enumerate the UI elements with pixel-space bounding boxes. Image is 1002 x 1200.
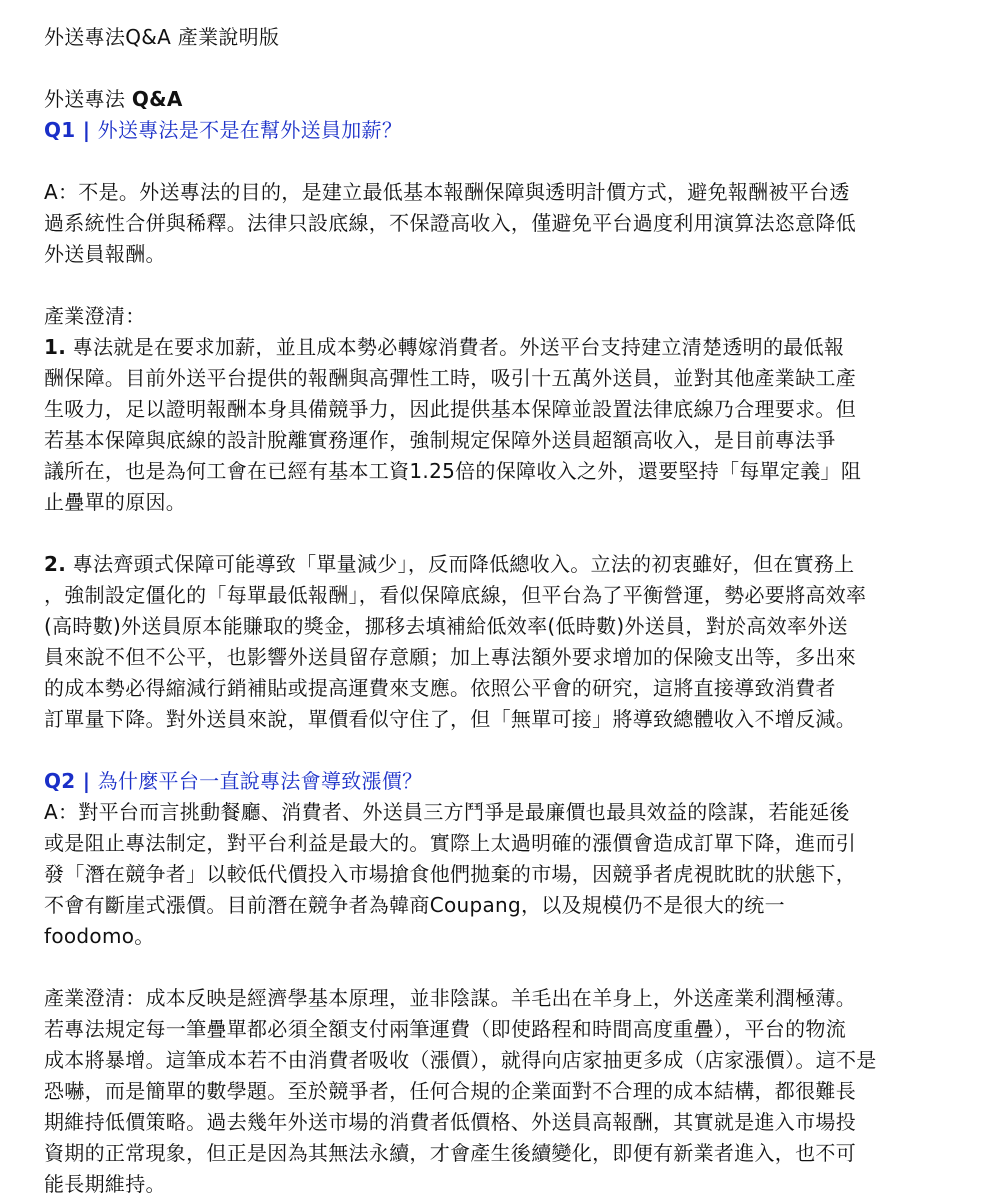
point1-text: 專法就是在要求加薪，並且成本勢必轉嫁消費者。外送平台支持建立清楚透明的最低報 [66, 335, 844, 359]
q2-question-text: 為什麼平台一直說專法會導致漲價？ [98, 769, 423, 793]
q1-label: Q1 | [44, 118, 98, 142]
q1-point-2: 2. 專法齊頭式保障可能導致「單量減少」，反而降低總收入。立法的初衷雖好，但在實… [44, 549, 958, 735]
document-title: 外送專法Q&A 產業說明版 [44, 22, 958, 53]
q1-question: Q1 | 外送專法是不是在幫外送員加薪？ [44, 115, 958, 146]
point1-number: 1. [44, 335, 66, 359]
q2-clarification-line: 恐嚇，而是簡單的數學題。至於競爭者，任何合規的企業面對不合理的成本結構，都很難長 [44, 1076, 958, 1107]
heading-prefix: 外送專法 [44, 87, 132, 111]
q2-answer-line: 或是阻止專法制定，對平台利益是最大的。實際上太過明確的漲價會造成訂單下降，進而引 [44, 828, 958, 859]
q1-point-1: 1. 專法就是在要求加薪，並且成本勢必轉嫁消費者。外送平台支持建立清楚透明的最低… [44, 332, 958, 518]
q1-question-text: 外送專法是不是在幫外送員加薪？ [98, 118, 403, 142]
heading-bold: Q&A [132, 87, 183, 111]
q2-clarification-line: 產業澄清：成本反映是經濟學基本原理，並非陰謀。羊毛出在羊身上，外送產業利潤極薄。 [44, 983, 958, 1014]
spacer [44, 952, 958, 983]
q1-point2-line: 2. 專法齊頭式保障可能導致「單量減少」，反而降低總收入。立法的初衷雖好，但在實… [44, 549, 958, 580]
q1-point1-line: 生吸力，足以證明報酬本身具備競爭力，因此提供基本保障並設置法律底線乃合理要求。但 [44, 394, 958, 425]
q1-point1-line: 止疊單的原因。 [44, 487, 958, 518]
q1-point2-line: 員來說不但不公平，也影響外送員留存意願；加上專法額外要求增加的保險支出等，多出來 [44, 642, 958, 673]
q2-clarification-line: 資期的正常現象，但正是因為其無法永續，才會產生後續變化，即便有新業者進入，也不可 [44, 1138, 958, 1169]
q2-question: Q2 | 為什麼平台一直說專法會導致漲價？ [44, 766, 958, 797]
q2-answer-line: 發「潛在競争者」以較低代價投入市場搶食他們拋棄的市場，因競爭者虎視眈眈的狀態下， [44, 859, 958, 890]
q2-clarification-line: 期維持低價策略。過去幾年外送市場的消費者低價格、外送員高報酬，其實就是進入市場投 [44, 1107, 958, 1138]
q1-point1-line: 若基本保障與底線的設計脫離實務運作，強制規定保障外送員超額高收入，是目前專法爭 [44, 425, 958, 456]
q1-point1-line: 酬保障。目前外送平台提供的報酬與高彈性工時，吸引十五萬外送員，並對其他產業缺工產 [44, 363, 958, 394]
spacer [44, 53, 958, 84]
q2-clarification: 產業澄清：成本反映是經濟學基本原理，並非陰謀。羊毛出在羊身上，外送產業利潤極薄。… [44, 983, 958, 1200]
q1-point2-line: 的成本勢必得縮減行銷補貼或提高運費來支應。依照公平會的研究，這將直接導致消費者 [44, 673, 958, 704]
q1-answer-line: A：不是。外送專法的目的，是建立最低基本報酬保障與透明計價方式，避免報酬被平台透 [44, 177, 958, 208]
point2-number: 2. [44, 552, 66, 576]
q1-point2-line: (高時數)外送員原本能賺取的獎金，挪移去填補給低效率(低時數)外送員，對於高效率… [44, 611, 958, 642]
q1-point2-line: ，強制設定僵化的「每單最低報酬」，看似保障底線，但平台為了平衡營運，勢必要將高效… [44, 580, 958, 611]
q2-answer-line: A：對平台而言挑動餐廳、消費者、外送員三方鬥爭是最廉價也最具效益的陰謀，若能延後 [44, 797, 958, 828]
q2-clarification-line: 能長期維持。 [44, 1169, 958, 1200]
q1-clarification-label: 產業澄清： [44, 301, 958, 332]
point2-text: 專法齊頭式保障可能導致「單量減少」，反而降低總收入。立法的初衷雖好，但在實務上 [66, 552, 854, 576]
q1-answer: A：不是。外送專法的目的，是建立最低基本報酬保障與透明計價方式，避免報酬被平台透… [44, 177, 958, 270]
q1-point2-line: 訂單量下降。對外送員來說，單價看似守住了，但「無單可接」將導致總體收入不增反減。 [44, 704, 958, 735]
q2-answer-line: 不會有斷崖式漲價。目前潛在競争者為韓商Coupang，以及規模仍不是很大的统一 [44, 890, 958, 921]
q1-answer-line: 外送員報酬。 [44, 239, 958, 270]
q2-clarification-line: 若專法規定每一筆疊單都必須全額支付兩筆運費（即使路程和時間高度重疊），平台的物流 [44, 1014, 958, 1045]
section-heading: 外送專法 Q&A [44, 84, 958, 115]
q2-answer-line: foodomo。 [44, 921, 958, 952]
q2-clarification-line: 成本將暴增。這筆成本若不由消費者吸收（漲價），就得向店家抽更多成（店家漲價）。這… [44, 1045, 958, 1076]
spacer [44, 735, 958, 766]
q1-point1-line: 1. 專法就是在要求加薪，並且成本勢必轉嫁消費者。外送平台支持建立清楚透明的最低… [44, 332, 958, 363]
q2-label: Q2 | [44, 769, 98, 793]
spacer [44, 270, 958, 301]
q1-answer-line: 過系統性合併與稀釋。法律只設底線，不保證高收入，僅避免平台過度利用演算法恣意降低 [44, 208, 958, 239]
q1-point1-line: 議所在，也是為何工會在已經有基本工資1.25倍的保障收入之外，還要堅持「每單定義… [44, 456, 958, 487]
q2-answer: A：對平台而言挑動餐廳、消費者、外送員三方鬥爭是最廉價也最具效益的陰謀，若能延後… [44, 797, 958, 952]
document-page: 外送專法Q&A 產業說明版 外送專法 Q&A Q1 | 外送專法是不是在幫外送員… [0, 0, 1002, 1200]
spacer [44, 518, 958, 549]
spacer [44, 146, 958, 177]
